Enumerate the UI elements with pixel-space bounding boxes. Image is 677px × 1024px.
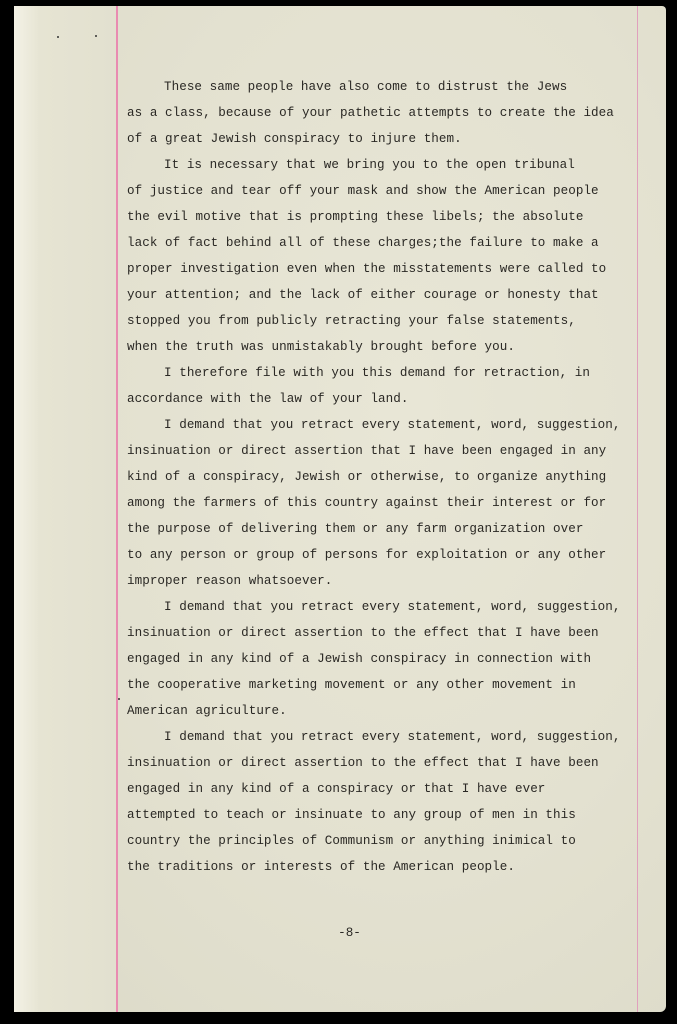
paper-speck xyxy=(95,35,97,37)
document-line: the evil motive that is prompting these … xyxy=(127,204,637,230)
document-line: when the truth was unmistakably brought … xyxy=(127,334,637,360)
page-number: -8- xyxy=(0,926,677,940)
document-line: insinuation or direct assertion to the e… xyxy=(127,620,637,646)
document-line: kind of a conspiracy, Jewish or otherwis… xyxy=(127,464,637,490)
document-line: the traditions or interests of the Ameri… xyxy=(127,854,637,880)
document-line: to any person or group of persons for ex… xyxy=(127,542,637,568)
document-line: engaged in any kind of a Jewish conspira… xyxy=(127,646,637,672)
paper-speck xyxy=(57,36,59,38)
document-line: I therefore file with you this demand fo… xyxy=(127,360,637,386)
paper-speck xyxy=(118,698,120,700)
document-line: I demand that you retract every statemen… xyxy=(127,594,637,620)
paper-left-margin xyxy=(14,6,117,1012)
document-line: stopped you from publicly retracting you… xyxy=(127,308,637,334)
right-margin-line xyxy=(637,6,638,1012)
document-line: attempted to teach or insinuate to any g… xyxy=(127,802,637,828)
document-line: the cooperative marketing movement or an… xyxy=(127,672,637,698)
document-line: I demand that you retract every statemen… xyxy=(127,412,637,438)
document-line: accordance with the law of your land. xyxy=(127,386,637,412)
document-line: of a great Jewish conspiracy to injure t… xyxy=(127,126,637,152)
document-line: It is necessary that we bring you to the… xyxy=(127,152,637,178)
document-line: the purpose of delivering them or any fa… xyxy=(127,516,637,542)
document-line: engaged in any kind of a conspiracy or t… xyxy=(127,776,637,802)
document-line: insinuation or direct assertion that I h… xyxy=(127,438,637,464)
document-line: These same people have also come to dist… xyxy=(127,74,637,100)
document-line: insinuation or direct assertion to the e… xyxy=(127,750,637,776)
left-margin-line xyxy=(116,6,118,1012)
document-line: of justice and tear off your mask and sh… xyxy=(127,178,637,204)
document-line: among the farmers of this country agains… xyxy=(127,490,637,516)
document-line: country the principles of Communism or a… xyxy=(127,828,637,854)
document-line: as a class, because of your pathetic att… xyxy=(127,100,637,126)
document-line: American agriculture. xyxy=(127,698,637,724)
document-line: lack of fact behind all of these charges… xyxy=(127,230,637,256)
document-line: proper investigation even when the misst… xyxy=(127,256,637,282)
document-line: improper reason whatsoever. xyxy=(127,568,637,594)
document-line: your attention; and the lack of either c… xyxy=(127,282,637,308)
document-body: These same people have also come to dist… xyxy=(127,74,637,880)
document-line: I demand that you retract every statemen… xyxy=(127,724,637,750)
